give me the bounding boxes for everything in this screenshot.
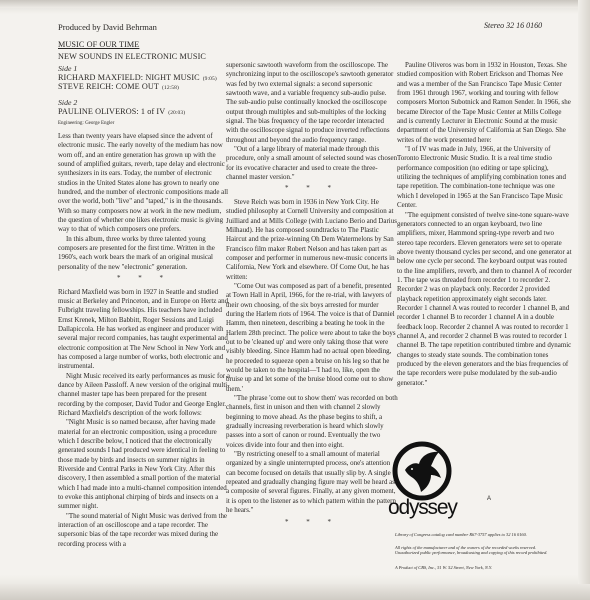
reich-quote-3: "By restricting oneself to a small amoun… [226,450,398,515]
producer-credit: Produced by David Behrman [58,22,157,32]
track-title: RICHARD MAXFIELD: NIGHT MUSIC [58,73,200,82]
maxfield-quote-continued: supersonic sawtooth waveform from the os… [226,61,398,145]
track-title: STEVE REICH: COME OUT [58,82,159,91]
liner-notes-column-2: supersonic sawtooth waveform from the os… [226,61,398,531]
track-duration: (9:05) [203,76,217,82]
night-music-paragraph: Night Music received its early performan… [58,372,230,419]
maxfield-quote-3: "Out of a large library of material made… [226,145,398,182]
oliveros-quote-1: "I of IV was made in July, 1966, at the … [397,145,572,210]
series-title: MUSIC OF OUR TIME [58,40,139,49]
reich-quote-1: "Come Out was composed as part of a bene… [226,282,398,394]
track-listing-item: RICHARD MAXFIELD: NIGHT MUSIC(9:05) [58,73,217,82]
liner-notes-column-3: Pauline Oliveros was born in 1932 in Hou… [397,61,572,388]
oliveros-bio: Pauline Oliveros was born in 1932 in Hou… [397,61,572,145]
maxfield-bio: Richard Maxfield was born in 1927 in Sea… [58,288,230,372]
side1-label: Side 1 [58,64,77,73]
pressing-letter: A [487,496,491,502]
odyssey-bird-circle-icon [391,440,453,502]
album-title: NEW SOUNDS IN ELECTRONIC MUSIC [58,52,206,61]
cover-top-edge [0,0,590,8]
track-listing-item: PAULINE OLIVEROS: 1 of IV(20:03) [58,107,185,116]
rights-notice: All rights of the manufacturer and of th… [395,545,555,555]
cover-bottom-edge [0,584,590,600]
track-duration: (12:58) [162,85,179,91]
section-divider: * * * [226,184,398,193]
cover-right-edge [578,0,590,600]
maxfield-quote-2: "The sound material of Night Music was d… [58,512,230,549]
odyssey-wordmark: odyssey [388,496,457,520]
track-title: PAULINE OLIVEROS: 1 of IV [58,107,165,116]
album-paragraph: In this album, three works by three tale… [58,235,230,272]
catalog-number: Stereo 32 16 0160 [484,21,542,30]
side2-label: Side 2 [58,98,77,107]
track-duration: (20:03) [168,110,185,116]
company-notice: A Product of CBS, Inc., 51 W. 52 Street,… [395,565,555,570]
liner-notes-column-1: Less than twenty years have elapsed sinc… [58,132,230,549]
section-divider: * * * [226,518,398,527]
library-of-congress-notice: Library of Congress catalog card number … [395,532,555,537]
reich-quote-2: "The phrase 'come out to show them' was … [226,394,398,450]
maxfield-quote-1: "Night Music is so named because, after … [58,418,230,511]
reich-bio: Steve Reich was born in 1936 in New York… [226,198,398,282]
oliveros-quote-2: "The equipment consisted of twelve sine-… [397,211,572,389]
engineering-credit: Engineering: George Engler [58,121,114,126]
track-listing-item: STEVE REICH: COME OUT(12:58) [58,82,179,91]
section-divider: * * * [58,274,230,283]
album-back-cover: Produced by David Behrman Stereo 32 16 0… [0,0,590,600]
intro-paragraph: Less than twenty years have elapsed sinc… [58,132,230,235]
